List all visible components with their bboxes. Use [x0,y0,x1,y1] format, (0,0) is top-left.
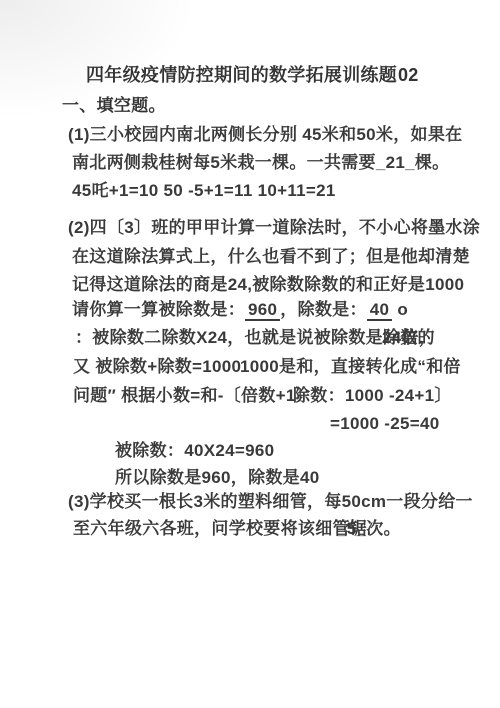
question-2-equation-dividend: 被除数：40X24=960 [115,440,274,462]
document-title: 四年级疫情防控期间的数学拓展训练题 [86,64,397,86]
question-2-explain-3: 问题″ 根据小数=和-〔倍数+1〕 除数：1000 -24+1〕 [0,385,500,409]
answer-mid: ，除数是： [280,300,367,319]
worksheet-page: 四年级疫情防控期间的数学拓展训练题 02 一、填空题。 (1)三小校园内南北两侧… [0,0,500,708]
question-3-line-2: 至六年级六各班，问学校要将该细管锯 _5_次。 [0,518,500,542]
explain-2-right: 1000是和，直接转化成“和倍 [240,356,461,378]
question-2-line-2: 在这道除法算式上，什么也看不到了；但是他却清楚 [72,246,470,268]
title-row: 四年级疫情防控期间的数学拓展训练题 02 [0,64,500,88]
question-2-answer-line: 请你算一算被除数是：960，除数是：40 o [72,299,408,321]
question-1-solution: 45吒+1=10 50 -5+1=11 10+11=21 [72,180,336,202]
page-number: 02 [398,64,419,86]
question-1-line-1: (1)三小校园内南北两侧长分别 45米和50米，如果在 [68,124,462,146]
question-3-line-2-left: 至六年级六各班，问学校要将该细管锯 [73,518,367,540]
question-2-equation-divisor: =1000 -25=40 [330,413,439,435]
question-2-explain-2: 又 被除数+除数=1000 1000是和，直接转化成“和倍 [0,356,500,380]
explain-3-left: 问题″ 根据小数=和-〔倍数+1〕 [73,385,313,407]
answer-blank-dividend: 960 [245,300,280,321]
explain-1-right: 24倍， [382,327,436,349]
question-2-conclusion: 所以除数是960，除数是40 [115,467,319,489]
question-3-line-1: (3)学校买一根长3米的塑料细管，每50cm一段分给一 [68,491,473,513]
question-1-line-2: 南北两侧栽桂树每5米栽一棵。一共需要_21_棵。 [72,152,449,174]
question-2-line-1: (2)四〔3〕班的甲甲计算一道除法时，不小心将墨水涂 [68,217,480,239]
answer-blank-divisor: 40 [367,300,393,321]
section-heading: 一、填空题。 [62,95,166,117]
explain-1-left: ：被除数二除数X24，也就是说被除数是除数的 [75,327,435,349]
question-2-line-3: 记得这道除法的商是24,被除数除数的和正好是1000 [72,274,464,296]
explain-3-right: 除数：1000 -24+1〕 [293,385,452,407]
explain-2-left: 又 被除数+除数=1000 [73,356,241,378]
answer-suffix: o [397,300,408,319]
question-3-answer-blank: _5_次。 [337,518,401,540]
answer-prefix: 请你算一算被除数是： [72,300,245,319]
question-2-explain-1: ：被除数二除数X24，也就是说被除数是除数的 24倍， [0,327,500,351]
